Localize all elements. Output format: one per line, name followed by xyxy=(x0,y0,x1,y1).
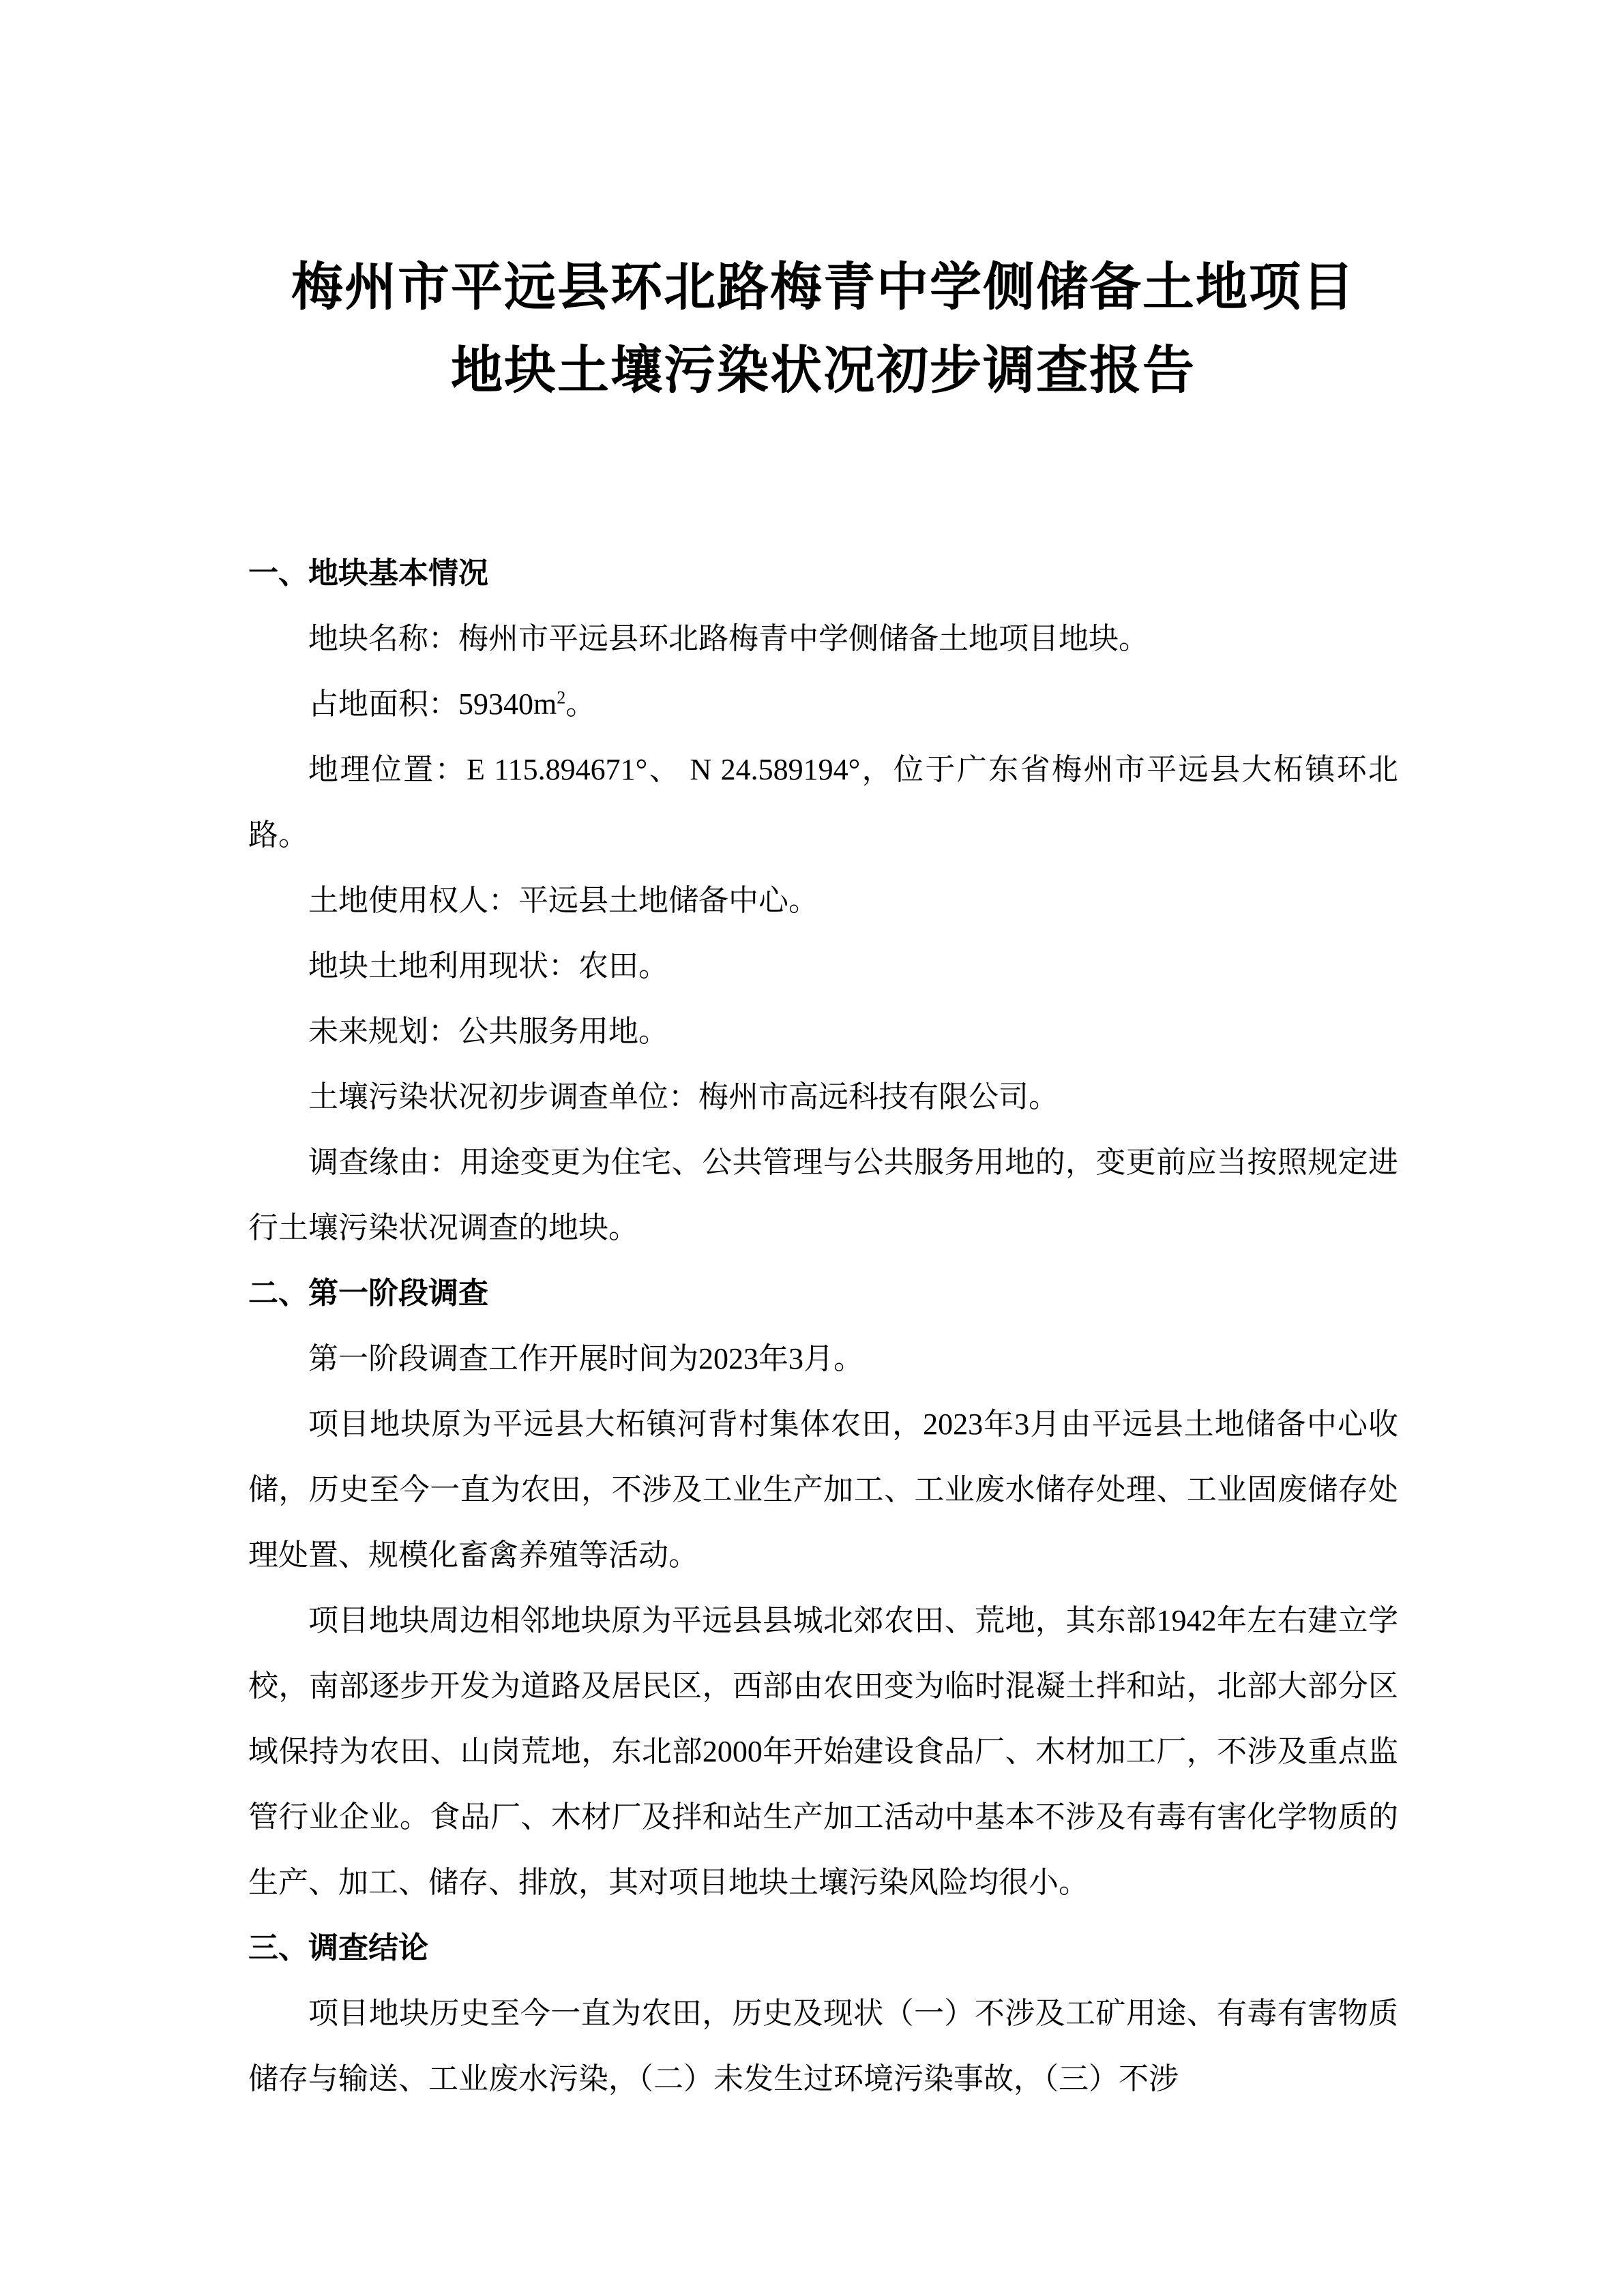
location-paragraph: 地理位置：E 115.894671°、 N 24.589194°，位于广东省梅州… xyxy=(248,737,1398,868)
area-text: 占地面积：59340m xyxy=(308,687,557,721)
report-page: 梅州市平远县环北路梅青中学侧储备土地项目 地块土壤污染状况初步调查报告 一、地块… xyxy=(0,0,1624,2296)
survey-time-paragraph: 第一阶段调查工作开展时间为2023年3月。 xyxy=(248,1326,1398,1392)
document-title: 梅州市平远县环北路梅青中学侧储备土地项目 地块土壤污染状况初步调查报告 xyxy=(248,246,1398,413)
document-body: 一、地块基本情况 地块名称：梅州市平远县环北路梅青中学侧储备土地项目地块。 占地… xyxy=(248,541,1398,2112)
section1-heading: 一、地块基本情况 xyxy=(248,541,1398,606)
section2-heading: 二、第一阶段调查 xyxy=(248,1261,1398,1326)
area-superscript: 2 xyxy=(557,687,565,707)
plot-name-paragraph: 地块名称：梅州市平远县环北路梅青中学侧储备土地项目地块。 xyxy=(248,606,1398,672)
land-owner-paragraph: 土地使用权人：平远县土地储备中心。 xyxy=(248,868,1398,934)
future-plan-paragraph: 未来规划：公共服务用地。 xyxy=(248,999,1398,1064)
survey-unit-paragraph: 土壤污染状况初步调查单位：梅州市高远科技有限公司。 xyxy=(248,1064,1398,1130)
survey-reason-paragraph: 调查缘由：用途变更为住宅、公共管理与公共服务用地的，变更前应当按照规定进行土壤污… xyxy=(248,1130,1398,1261)
document-title-line1: 梅州市平远县环北路梅青中学侧储备土地项目 xyxy=(248,246,1398,329)
section3-heading: 三、调查结论 xyxy=(248,1915,1398,1981)
current-use-paragraph: 地块土地利用现状：农田。 xyxy=(248,934,1398,999)
surroundings-paragraph: 项目地块周边相邻地块原为平远县县城北郊农田、荒地，其东部1942年左右建立学校，… xyxy=(248,1588,1398,1915)
area-period: 。 xyxy=(565,687,595,721)
plot-history-paragraph: 项目地块原为平远县大柘镇河背村集体农田，2023年3月由平远县土地储备中心收储，… xyxy=(248,1392,1398,1588)
conclusion-paragraph: 项目地块历史至今一直为农田，历史及现状（一）不涉及工矿用途、有毒有害物质储存与输… xyxy=(248,1981,1398,2112)
page-content: 梅州市平远县环北路梅青中学侧储备土地项目 地块土壤污染状况初步调查报告 一、地块… xyxy=(0,0,1624,2112)
area-paragraph: 占地面积：59340m2。 xyxy=(248,672,1398,737)
document-title-line2: 地块土壤污染状况初步调查报告 xyxy=(248,329,1398,413)
